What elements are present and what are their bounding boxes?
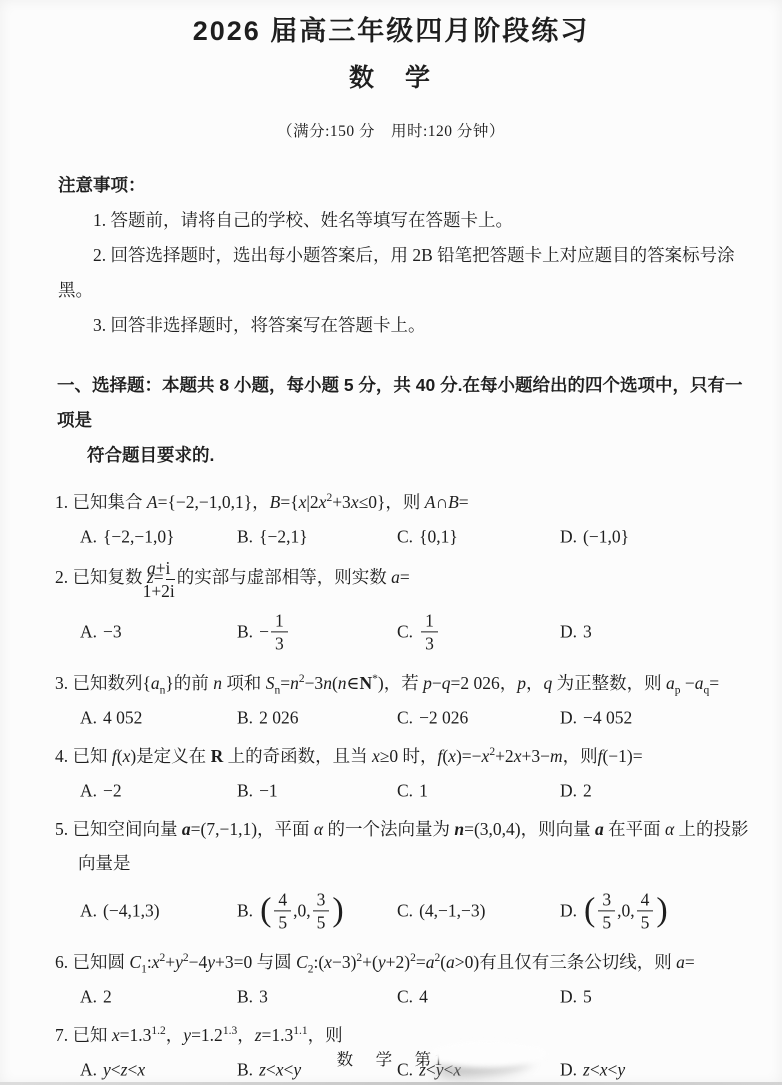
question-4-options: A.−2B.−1C.1D.2 [55,776,756,806]
option-label: C. [397,622,413,643]
question-3-options: A.4 052B.2 026C.−2 026D.−4 052 [55,703,756,733]
page-footer: 数 学 第1 [0,1046,782,1070]
scan-smudge [430,1040,548,1068]
section-heading-line2: 符合题目要求的. [57,438,756,473]
question-1-option-b: B.{−2,1} [237,526,308,547]
option-label: A. [80,901,97,922]
question-4-option-a: A.−2 [80,781,122,802]
option-label: C. [397,708,413,729]
question-3-option-b: B.2 026 [237,708,298,729]
question-5-option-b: B.(45,0,35) [237,889,345,932]
question-6-option-d: D.5 [560,987,592,1008]
question-5-stem: 5. 已知空间向量 a=(7,−1,1)，平面 α 的一个法向量为 n=(3,0… [55,812,756,880]
option-label: B. [237,901,253,922]
option-label: A. [80,781,97,802]
question-6-options: A.2B.3C.4D.5 [55,982,756,1012]
option-label: C. [397,901,413,922]
exam-page: 2026 届高三年级四月阶段练习 数 学 （满分:150 分 用时:120 分钟… [0,0,782,1085]
question-5-option-d: D.(35,0,45) [560,889,669,932]
question-3: 3. 已知数列{an}的前 n 项和 Sn=n2−3n(n∈N*)，若 p−q=… [55,666,756,733]
question-4-stem: 4. 已知 f(x)是定义在 R 上的奇函数，且当 x≥0 时，f(x)=−x2… [55,739,756,773]
question-1: 1. 已知集合 A={−2,−1,0,1}，B={x|2x2+3x≤0}，则 A… [55,485,756,552]
option-label: B. [237,987,253,1008]
questions-list: 1. 已知集合 A={−2,−1,0,1}，B={x|2x2+3x≤0}，则 A… [0,473,782,1085]
question-2-option-d: D.3 [560,622,592,643]
option-label: D. [560,622,577,643]
option-label: C. [397,526,413,547]
question-4: 4. 已知 f(x)是定义在 R 上的奇函数，且当 x≥0 时，f(x)=−x2… [55,739,756,806]
question-5-options: A.(−4,1,3)B.(45,0,35)C.(4,−1,−3)D.(35,0,… [55,883,756,939]
option-label: D. [560,987,577,1008]
question-6-stem: 6. 已知圆 C1:x2+y2−4y+3=0 与圆 C2:(x−3)2+(y+2… [55,945,756,979]
option-label: A. [80,526,97,547]
question-2-options: A.−3B.−13C.13D.3 [55,604,756,660]
option-label: A. [80,987,97,1008]
question-6: 6. 已知圆 C1:x2+y2−4y+3=0 与圆 C2:(x−3)2+(y+2… [55,945,756,1012]
option-label: C. [397,781,413,802]
question-1-option-c: C.{0,1} [397,526,458,547]
question-1-stem: 1. 已知集合 A={−2,−1,0,1}，B={x|2x2+3x≤0}，则 A… [55,485,756,519]
question-3-option-c: C.−2 026 [397,708,468,729]
option-label: B. [237,622,253,643]
question-2-stem: 2. 已知复数 z=a+i1+2i的实部与虚部相等，则实数 a= [55,558,756,601]
question-1-options: A.{−2,−1,0}B.{−2,1}C.{0,1}D.(−1,0} [55,522,756,552]
question-3-option-a: A.4 052 [80,708,142,729]
section-heading: 一、选择题：本题共 8 小题，每小题 5 分，共 40 分.在每小题给出的四个选… [0,368,782,473]
question-5-option-a: A.(−4,1,3) [80,901,160,922]
note-item-1: 1. 答题前，请将自己的学校、姓名等填写在答题卡上。 [58,203,748,238]
question-1-option-a: A.{−2,−1,0} [80,526,175,547]
question-3-stem: 3. 已知数列{an}的前 n 项和 Sn=n2−3n(n∈N*)，若 p−q=… [55,666,756,700]
option-label: C. [397,987,413,1008]
page-title: 2026 届高三年级四月阶段练习 [0,0,782,49]
question-4-option-b: B.−1 [237,781,278,802]
question-2-option-b: B.−13 [237,610,290,653]
exam-info-line: （满分:150 分 用时:120 分钟） [0,119,782,141]
option-label: B. [237,526,253,547]
note-item-2: 2. 回答选择题时，选出每小题答案后，用 2B 铅笔把答题卡上对应题目的答案标号… [58,238,748,308]
note-item-3: 3. 回答非选择题时，将答案写在答题卡上。 [58,308,748,343]
question-6-option-b: B.3 [237,987,268,1008]
section-heading-line1: 一、选择题：本题共 8 小题，每小题 5 分，共 40 分.在每小题给出的四个选… [57,368,756,438]
option-label: D. [560,901,577,922]
question-3-option-d: D.−4 052 [560,708,632,729]
option-label: B. [237,781,253,802]
question-6-option-a: A.2 [80,987,112,1008]
question-1-option-d: D.(−1,0} [560,526,629,547]
question-2-option-c: C.13 [397,610,440,653]
option-label: D. [560,526,577,547]
question-4-option-c: C.1 [397,781,428,802]
notes-heading: 注意事项： [58,168,748,203]
option-label: A. [80,708,97,729]
question-5-option-c: C.(4,−1,−3) [397,901,485,922]
question-5: 5. 已知空间向量 a=(7,−1,1)，平面 α 的一个法向量为 n=(3,0… [55,812,756,939]
option-label: D. [560,708,577,729]
subject-title: 数 学 [0,58,782,94]
question-4-option-d: D.2 [560,781,592,802]
question-2-option-a: A.−3 [80,622,122,643]
question-6-option-c: C.4 [397,987,428,1008]
option-label: D. [560,781,577,802]
notes-section: 注意事项： 1. 答题前，请将自己的学校、姓名等填写在答题卡上。 2. 回答选择… [0,168,782,343]
question-2: 2. 已知复数 z=a+i1+2i的实部与虚部相等，则实数 a=A.−3B.−1… [55,558,756,660]
option-label: A. [80,622,97,643]
option-label: B. [237,708,253,729]
